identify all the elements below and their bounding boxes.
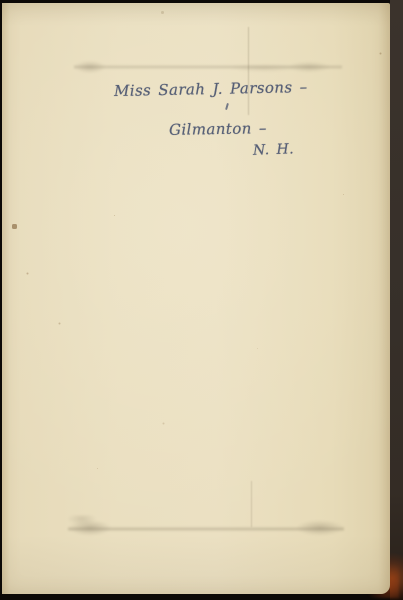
inscription-owner-name: Miss Sarah J. Parsons – <box>114 78 308 100</box>
inscription-state: N. H. <box>253 141 294 158</box>
flyleaf-page: Miss Sarah J. Parsons – Gilmanton – N. H… <box>2 3 390 594</box>
stray-ink-mark <box>225 103 229 110</box>
showthrough-band-top <box>74 58 342 76</box>
book-cover-edge <box>390 0 403 600</box>
showthrough-band-bottom <box>68 515 344 539</box>
inscription-town: Gilmanton – <box>169 119 267 139</box>
center-crease-top <box>248 27 249 115</box>
center-crease-bottom <box>251 481 252 527</box>
foxing-specks <box>2 3 3 4</box>
scanned-book-page: Miss Sarah J. Parsons – Gilmanton – N. H… <box>0 0 403 600</box>
